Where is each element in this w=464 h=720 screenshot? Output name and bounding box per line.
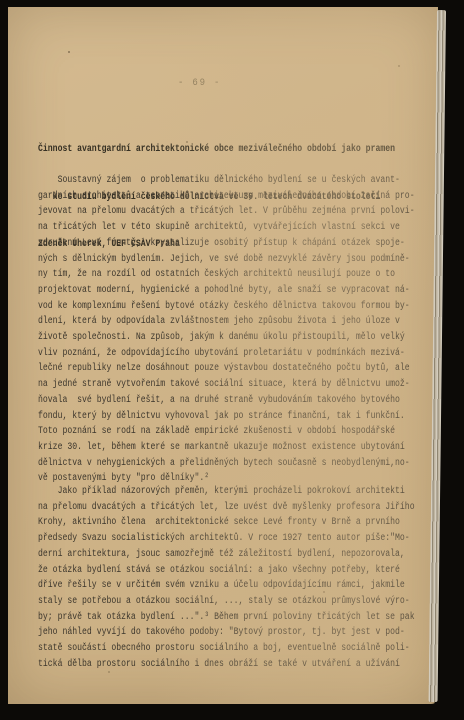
document-title-line-1: Činnost avantgardní architektonické obce… <box>38 142 446 158</box>
scan-specks <box>68 51 70 53</box>
document-page: - 69 - Činnost avantgardní architektonic… <box>8 7 438 704</box>
paragraph-1: Soustavný zájem o problematiku dělnickéh… <box>38 173 446 487</box>
scanned-document-view: - 69 - Činnost avantgardní architektonic… <box>0 0 464 720</box>
page-number: - 69 - <box>178 78 221 89</box>
paragraph-2: Jako příklad názorových přeměn, kterými … <box>38 484 446 672</box>
